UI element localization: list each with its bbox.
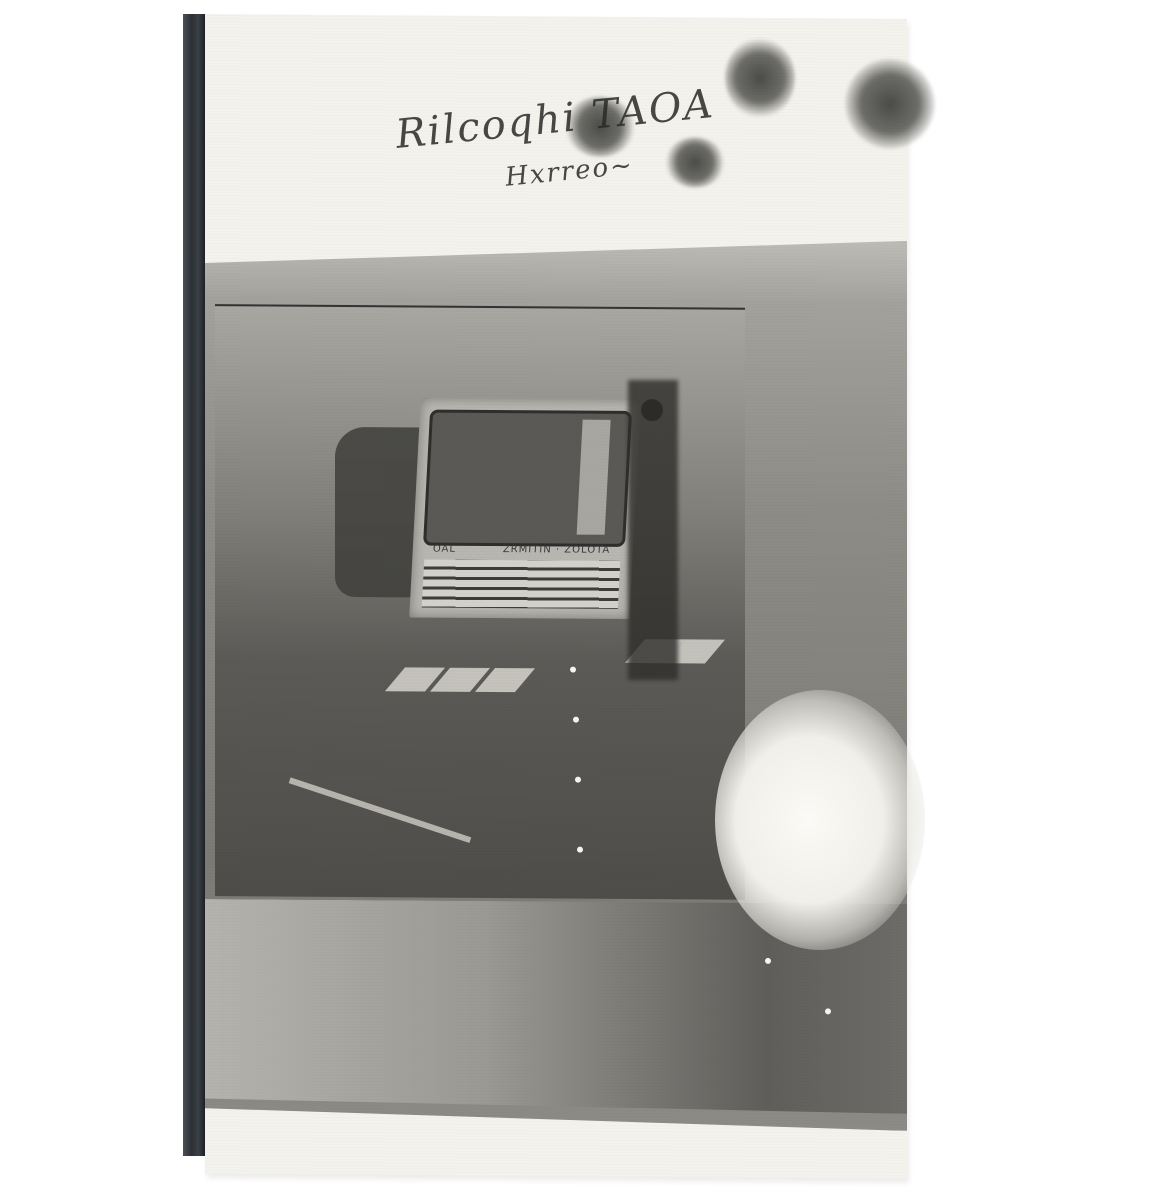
hazard-stripe — [430, 668, 490, 692]
light-flare — [715, 690, 925, 950]
ink-blot — [845, 58, 935, 149]
roof-lamp — [533, 412, 546, 424]
ink-blot — [725, 38, 795, 118]
ink-speck — [577, 847, 583, 853]
road-marking — [289, 777, 472, 843]
truck-cab: OAL ZRMITIN · ZOLOTA — [409, 398, 641, 619]
ink-blot — [665, 137, 725, 187]
truck-grille — [422, 560, 621, 609]
hazard-stripe — [475, 668, 535, 692]
zine-spine — [183, 14, 205, 1156]
hazard-stripe — [385, 667, 445, 691]
truck-side — [335, 427, 430, 598]
title-line-1: Rilcoqhi TAOA — [393, 81, 716, 158]
roof-lamp — [489, 412, 502, 424]
photo-background — [205, 236, 907, 1131]
windshield-glare — [577, 420, 611, 535]
title-line-2: Hxrreo~ — [504, 150, 635, 192]
photo-top-band — [205, 236, 907, 301]
ink-speck — [575, 777, 581, 783]
zine-cover: Rilcoqhi TAOA Hxrreo~ OAL ZRMITIN · ZOLO… — [205, 14, 907, 1179]
ink-speck — [570, 667, 576, 673]
ink-speck — [573, 717, 579, 723]
grille-lettering-right: ZRMITIN · ZOLOTA — [503, 544, 611, 556]
traffic-light-post — [628, 380, 678, 680]
ink-blot — [565, 97, 635, 157]
handwritten-title: Rilcoqhi TAOA Hxrreo~ — [395, 75, 915, 219]
ink-speck — [825, 1008, 831, 1014]
grille-lettering-left: OAL — [433, 544, 457, 555]
truck-windshield — [423, 410, 632, 547]
ink-speck — [765, 958, 771, 964]
roof-lamp — [511, 412, 524, 424]
truck: OAL ZRMITIN · ZOLOTA — [325, 367, 655, 619]
